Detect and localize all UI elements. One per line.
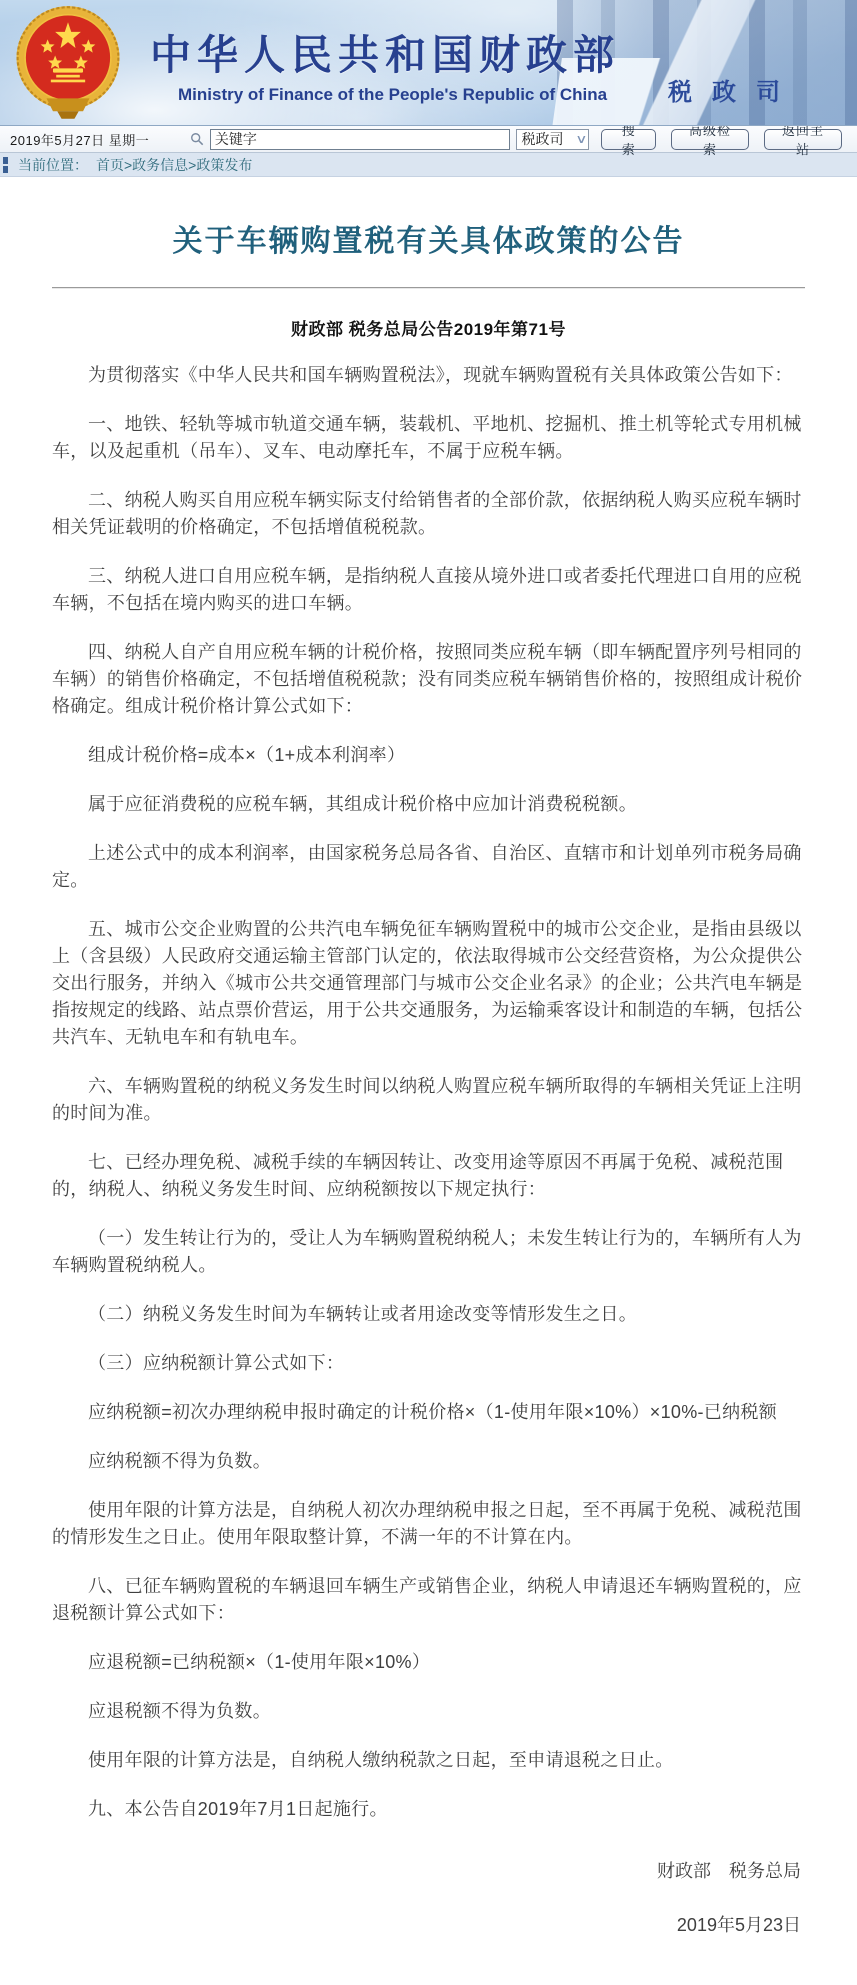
keyword-search-input[interactable] <box>210 129 510 150</box>
title-divider <box>52 287 805 289</box>
search-toolbar: 2019年5月27日 星期一 税政司 ∨ 搜 索 高级检索 返回主站 <box>0 126 857 153</box>
national-emblem-icon <box>14 4 122 122</box>
article-content: 关于车辆购置税有关具体政策的公告 财政部 税务总局公告2019年第71号 为贯彻… <box>0 177 857 1967</box>
article-paragraph: 五、城市公交企业购置的公共汽电车辆免征车辆购置税中的城市公交企业，是指由县级以上… <box>52 916 805 1051</box>
department-select-value: 税政司 <box>522 129 564 149</box>
article-paragraph: 属于应征消费税的应税车辆，其组成计税价格中应加计消费税税额。 <box>52 791 805 818</box>
department-name: 税政司 <box>668 72 800 107</box>
article-paragraph: （三）应纳税额计算公式如下： <box>52 1350 805 1377</box>
article-paragraph: 一、地铁、轻轨等城市轨道交通车辆，装载机、平地机、挖掘机、推土机等轮式专用机械车… <box>52 411 805 465</box>
breadcrumb-label: 当前位置： <box>18 155 88 175</box>
article-paragraph: 应退税额=已纳税额×（1-使用年限×10%） <box>52 1649 805 1676</box>
article-paragraph: （一）发生转让行为的，受让人为车辆购置税纳税人；未发生转让行为的，车辆所有人为车… <box>52 1225 805 1279</box>
page-title: 关于车辆购置税有关具体政策的公告 <box>52 222 805 261</box>
document-number: 财政部 税务总局公告2019年第71号 <box>52 315 805 340</box>
article-paragraph: 七、已经办理免税、减税手续的车辆因转让、改变用途等原因不再属于免税、减税范围的，… <box>52 1149 805 1203</box>
breadcrumb[interactable]: 首页>政务信息>政策发布 <box>96 155 252 175</box>
article-paragraph: 三、纳税人进口自用应税车辆，是指纳税人直接从境外进口或者委托代理进口自用的应税车… <box>52 563 805 617</box>
breadcrumb-marker-icon <box>3 157 8 173</box>
article-paragraph: 应纳税额=初次办理纳税申报时确定的计税价格×（1-使用年限×10%）×10%-已… <box>52 1399 805 1426</box>
article-paragraph: 应纳税额不得为负数。 <box>52 1448 805 1475</box>
article-paragraph: 八、已征车辆购置税的车辆退回车辆生产或销售企业，纳税人申请退还车辆购置税的，应退… <box>52 1573 805 1627</box>
article-paragraph: （二）纳税义务发生时间为车辆转让或者用途改变等情形发生之日。 <box>52 1301 805 1328</box>
return-home-button[interactable]: 返回主站 <box>764 129 842 150</box>
article-body: 为贯彻落实《中华人民共和国车辆购置税法》，现就车辆购置税有关具体政策公告如下：一… <box>52 362 805 1823</box>
article-paragraph: 六、车辆购置税的纳税义务发生时间以纳税人购置应税车辆所取得的车辆相关凭证上注明的… <box>52 1073 805 1127</box>
advanced-search-button[interactable]: 高级检索 <box>671 129 749 150</box>
site-header-banner: 中华人民共和国财政部 Ministry of Finance of the Pe… <box>0 0 857 126</box>
article-paragraph: 二、纳税人购买自用应税车辆实际支付给销售者的全部价款，依据纳税人购买应税车辆时相… <box>52 487 805 541</box>
article-paragraph: 四、纳税人自产自用应税车辆的计税价格，按照同类应税车辆（即车辆配置序列号相同的车… <box>52 639 805 720</box>
article-paragraph: 使用年限的计算方法是，自纳税人初次办理纳税申报之日起，至不再属于免税、减税范围的… <box>52 1497 805 1551</box>
signature-date: 2019年5月23日 <box>52 1911 805 1937</box>
article-paragraph: 使用年限的计算方法是，自纳税人缴纳税款之日起，至申请退税之日止。 <box>52 1747 805 1774</box>
current-date: 2019年5月27日 星期一 <box>6 130 184 149</box>
ministry-name-cn: 中华人民共和国财政部 <box>150 22 620 81</box>
department-select[interactable]: 税政司 ∨ <box>516 129 590 150</box>
article-paragraph: 九、本公告自2019年7月1日起施行。 <box>52 1796 805 1823</box>
article-paragraph: 组成计税价格=成本×（1+成本利润率） <box>52 742 805 769</box>
chevron-down-icon: ∨ <box>575 132 587 146</box>
search-icon <box>190 132 204 146</box>
article-paragraph: 上述公式中的成本利润率，由国家税务总局各省、自治区、直辖市和计划单列市税务局确定… <box>52 840 805 894</box>
signature-agencies: 财政部 税务总局 <box>52 1857 805 1883</box>
ministry-name-en: Ministry of Finance of the People's Repu… <box>178 85 607 105</box>
article-paragraph: 应退税额不得为负数。 <box>52 1698 805 1725</box>
article-paragraph: 为贯彻落实《中华人民共和国车辆购置税法》，现就车辆购置税有关具体政策公告如下： <box>52 362 805 389</box>
search-button[interactable]: 搜 索 <box>601 129 656 150</box>
